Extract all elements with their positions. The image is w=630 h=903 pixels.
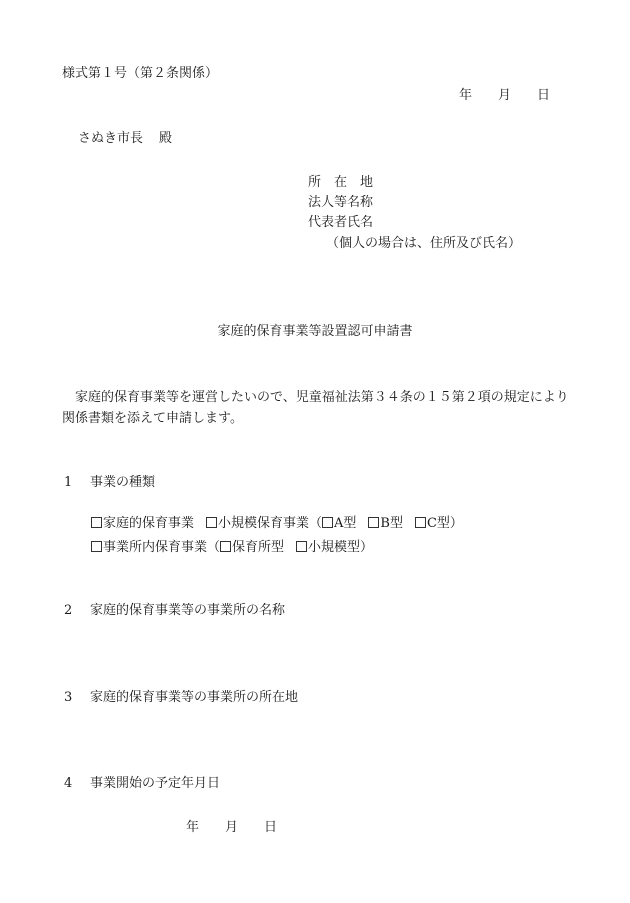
addressee: さぬき市長殿 bbox=[78, 129, 172, 149]
document-page: 様式第１号（第２条関係） 年月日 さぬき市長殿 所在地 法人等名称 代表者氏名 … bbox=[0, 0, 630, 903]
checkbox-small-scale-type[interactable] bbox=[296, 541, 307, 552]
checkbox-small-scale-daycare[interactable] bbox=[206, 517, 217, 528]
header-date: 年月日 bbox=[459, 86, 550, 106]
section-4-label: 事業開始の予定年月日 bbox=[90, 776, 220, 791]
field-individual-note: （個人の場合は、住所及び氏名） bbox=[326, 234, 521, 254]
field-corporation-name-label: 法人等名称 bbox=[308, 193, 373, 213]
start-date-month: 月 bbox=[225, 818, 238, 838]
business-type-options-line2: 事業所内保育事業（保育所型小規模型） bbox=[91, 538, 373, 558]
option-type-a: A型 bbox=[334, 516, 356, 531]
section-3-number: 3 bbox=[64, 688, 90, 708]
form-number: 様式第１号（第２条関係） bbox=[62, 64, 218, 84]
checkbox-type-a[interactable] bbox=[322, 517, 333, 528]
option-type-b: B型 bbox=[380, 516, 403, 531]
section-2-label: 家庭的保育事業等の事業所の名称 bbox=[90, 603, 285, 618]
header-date-year: 年 bbox=[459, 86, 472, 106]
option-nursery-type: 保育所型 bbox=[232, 540, 284, 555]
section-1-label: 事業の種類 bbox=[90, 475, 155, 490]
option-family-daycare: 家庭的保育事業 bbox=[103, 516, 194, 531]
document-title: 家庭的保育事業等設置認可申請書 bbox=[0, 322, 630, 342]
field-representative-name-label: 代表者氏名 bbox=[308, 213, 373, 233]
option-small-scale-type: 小規模型） bbox=[308, 540, 373, 555]
section-2-number: 2 bbox=[64, 601, 90, 621]
option-type-c: C型） bbox=[427, 516, 463, 531]
section-2-heading: 2家庭的保育事業等の事業所の名称 bbox=[64, 601, 285, 621]
addressee-honorific: 殿 bbox=[159, 131, 172, 146]
checkbox-workplace-daycare[interactable] bbox=[91, 541, 102, 552]
start-date-day: 日 bbox=[264, 818, 277, 838]
field-location-label: 所在地 bbox=[308, 173, 373, 193]
addressee-name: さぬき市長 bbox=[78, 131, 143, 146]
option-small-scale-daycare: 小規模保育事業（ bbox=[218, 516, 322, 531]
section-3-label: 家庭的保育事業等の事業所の所在地 bbox=[90, 690, 298, 705]
checkbox-type-c[interactable] bbox=[415, 517, 426, 528]
option-workplace-daycare: 事業所内保育事業（ bbox=[103, 540, 220, 555]
business-type-options-line1: 家庭的保育事業小規模保育事業（A型B型C型） bbox=[91, 514, 463, 534]
checkbox-type-b[interactable] bbox=[368, 517, 379, 528]
start-date-year: 年 bbox=[186, 818, 199, 838]
section-3-heading: 3家庭的保育事業等の事業所の所在地 bbox=[64, 688, 298, 708]
header-date-month: 月 bbox=[498, 86, 511, 106]
section-1-number: 1 bbox=[64, 473, 90, 493]
section-4-number: 4 bbox=[64, 774, 90, 794]
checkbox-family-daycare[interactable] bbox=[91, 517, 102, 528]
start-date: 年月日 bbox=[186, 818, 277, 838]
body-text: 家庭的保育事業等を運営したいので、児童福祉法第３４条の１５第２項の規定により関係… bbox=[62, 387, 578, 429]
checkbox-nursery-type[interactable] bbox=[220, 541, 231, 552]
header-date-day: 日 bbox=[537, 86, 550, 106]
section-1-heading: 1事業の種類 bbox=[64, 473, 155, 493]
section-4-heading: 4事業開始の予定年月日 bbox=[64, 774, 220, 794]
